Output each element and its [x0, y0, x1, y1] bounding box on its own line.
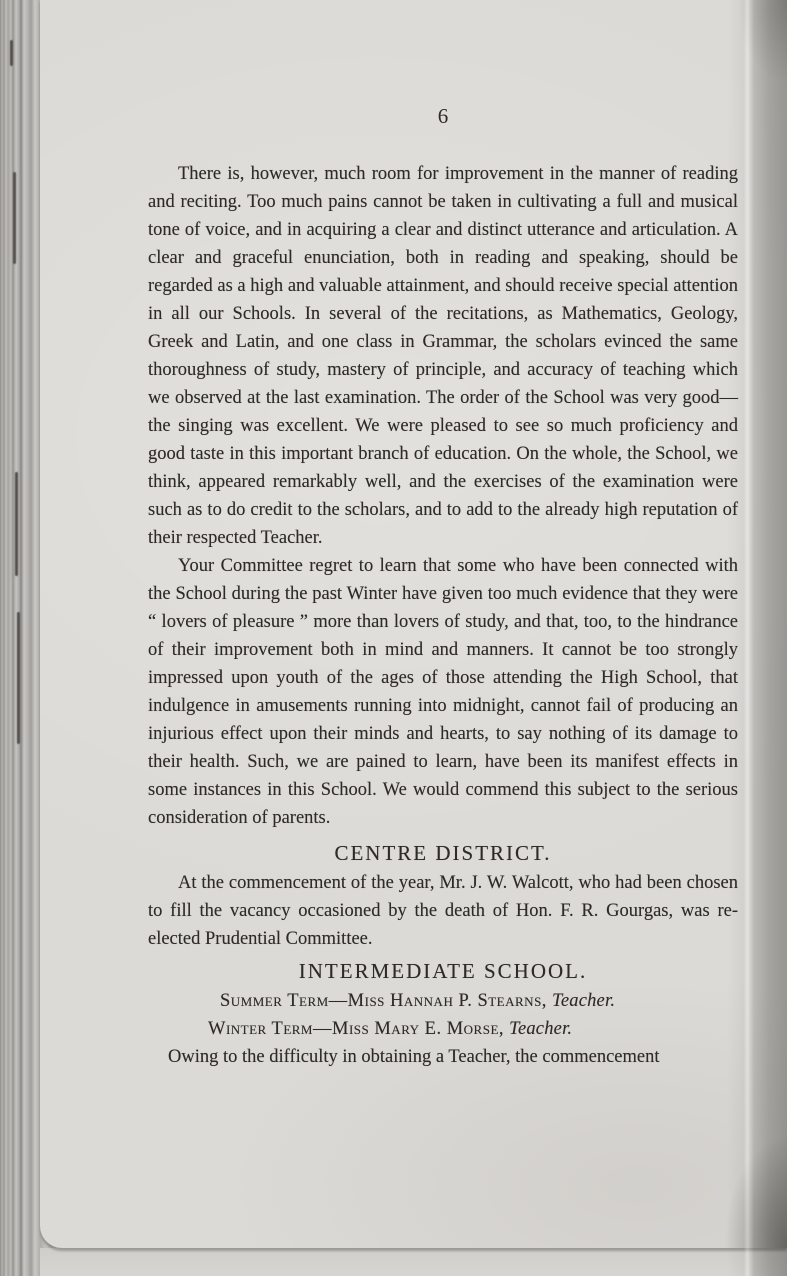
scanned-book-page: 6 There is, however, much room for impro… [0, 0, 787, 1276]
paragraph-prudential-committee: At the commencement of the year, Mr. J. … [148, 869, 738, 953]
binding-mark [15, 472, 18, 576]
paragraph-owing-first-line: Owing to the difficulty in obtaining a T… [148, 1043, 738, 1071]
summer-term-text: Summer Term—Miss Hannah P. Stearns, [220, 991, 552, 1011]
paragraph-committee-regret: Your Committee regret to learn that some… [148, 552, 738, 832]
binding-mark [13, 172, 16, 264]
top-right-corner-shadow [717, 0, 787, 120]
underlying-page-strip [40, 1248, 787, 1276]
winter-term-teacher-label: Teacher. [509, 1019, 572, 1039]
page-number: 6 [148, 104, 738, 129]
paragraph-reading-and-reciting: There is, however, much room for improve… [148, 160, 738, 552]
binding-mark [17, 612, 20, 744]
winter-term-text: Winter Term—Miss Mary E. Morse, [208, 1019, 509, 1039]
heading-centre-district: CENTRE DISTRICT. [148, 839, 738, 867]
bottom-right-corner-shadow [697, 1088, 787, 1248]
page: 6 There is, however, much room for impro… [40, 0, 787, 1248]
binding-mark [10, 40, 13, 66]
winter-term-line: Winter Term—Miss Mary E. Morse, Teacher. [208, 1015, 738, 1043]
heading-intermediate-school: INTERMEDIATE SCHOOL. [148, 957, 738, 985]
summer-term-line: Summer Term—Miss Hannah P. Stearns, Teac… [220, 987, 738, 1015]
summer-term-teacher-label: Teacher. [552, 991, 615, 1011]
page-text-block: There is, however, much room for improve… [148, 160, 738, 1071]
